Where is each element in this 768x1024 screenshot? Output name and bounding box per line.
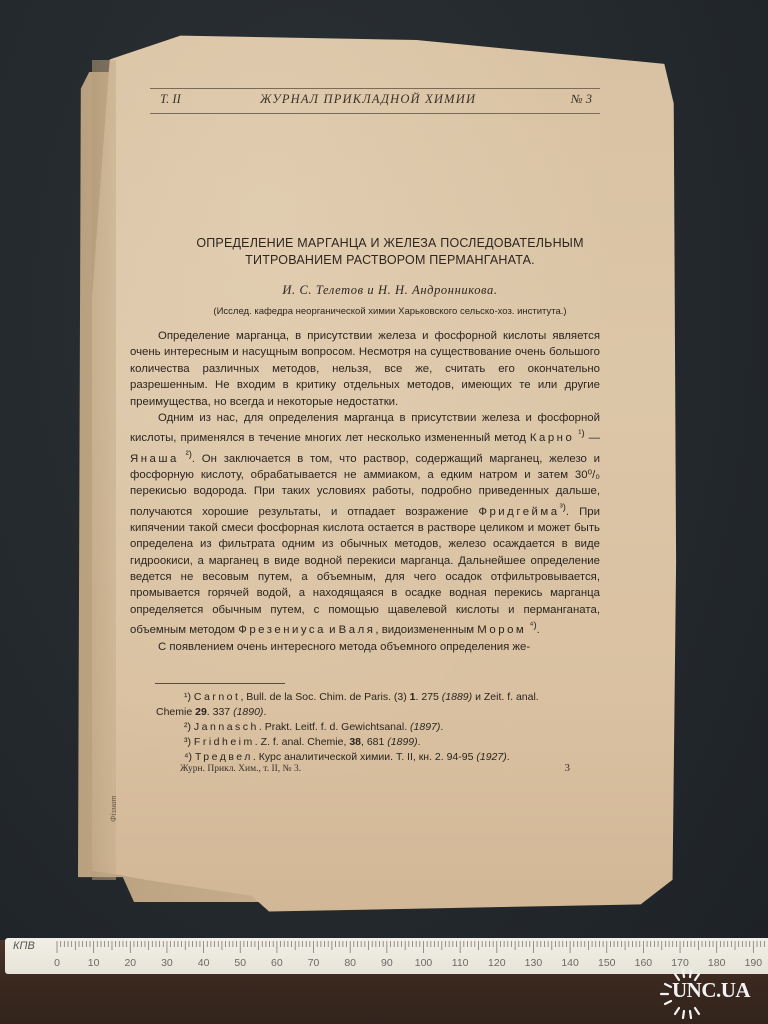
ruler-label: 10 — [88, 957, 100, 969]
ruler-label: 20 — [124, 957, 136, 969]
ruler-label: 150 — [598, 957, 616, 969]
ruler-label: 80 — [344, 957, 356, 969]
ruler-label: 50 — [234, 957, 246, 969]
ruler-label: 110 — [452, 957, 469, 969]
ruler-label: 40 — [198, 957, 210, 969]
ruler-label: 60 — [271, 957, 283, 969]
ruler-label: 90 — [381, 957, 393, 969]
ruler-label: 0 — [54, 957, 60, 969]
ruler-label: 130 — [525, 957, 543, 969]
ruler-label: 70 — [308, 957, 320, 969]
ruler-label: 100 — [415, 957, 433, 969]
watermark: UNC.UA — [672, 978, 750, 1003]
ruler-ticks — [0, 0, 768, 1024]
ruler-label: 30 — [161, 957, 173, 969]
ruler-label: 120 — [488, 957, 506, 969]
ruler-label: 140 — [561, 957, 579, 969]
ruler-label: 160 — [635, 957, 653, 969]
